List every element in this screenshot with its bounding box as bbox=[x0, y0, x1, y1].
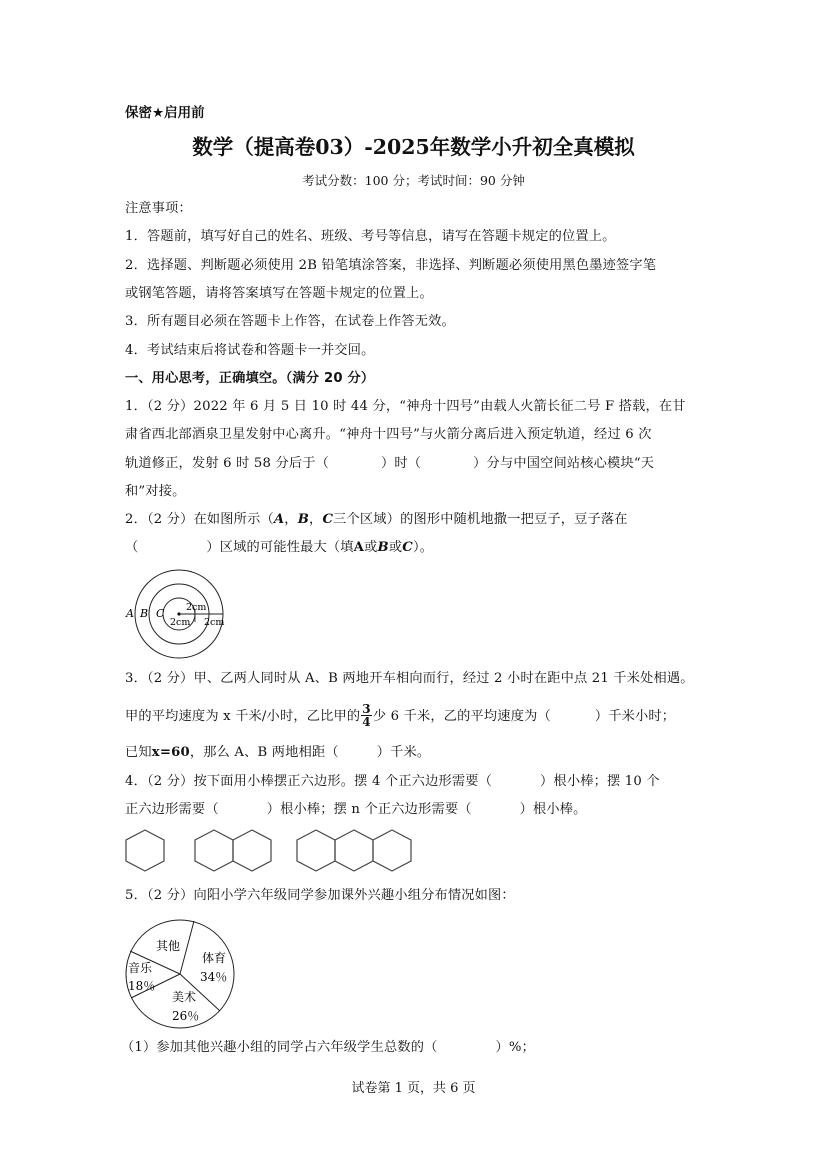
interest-group-pie-chart: 其他 体育 34％ 美术 26％ 音乐 18％ bbox=[122, 918, 238, 1030]
q3-text-b: 少 6 千米，乙的平均速度为（ bbox=[373, 709, 551, 724]
q3-text: ）千米。 bbox=[377, 745, 431, 760]
q3-text-a: 甲的平均速度为 x 千米/小时，乙比甲的 bbox=[125, 709, 360, 724]
q1-line-2: 肃省西北部酒泉卫星发射中心离升。“神舟十四号”与火箭分离后进入预定轨道，经过 6… bbox=[125, 426, 652, 444]
q5-line-1: 5．（2 分）向阳小学六年级同学参加课外兴趣小组分布情况如图： bbox=[125, 887, 515, 905]
pie-label-art: 美术 bbox=[172, 989, 196, 1004]
q2-sep: ， bbox=[284, 512, 297, 527]
notice-item-3: 3．所有题目必须在答题卡上作答，在试卷上作答无效。 bbox=[125, 313, 455, 331]
notice-heading: 注意事项： bbox=[125, 200, 192, 218]
q2-close: ）。 bbox=[413, 540, 433, 555]
hexagon-group-2 bbox=[195, 830, 233, 871]
q1-line-3: 轨道修正，发射 6 时 58 分后于（）时（）分与中国空间站核心模块“天 bbox=[125, 455, 654, 473]
pie-label-music: 音乐 bbox=[128, 960, 153, 975]
q2-text-a: 2．（2 分）在如图所示（ bbox=[125, 512, 274, 527]
q1-line-4: 和”对接。 bbox=[125, 483, 186, 501]
notice-item-4: 4．考试结束后将试卷和答题卡一并交回。 bbox=[125, 342, 375, 360]
q2-or: 或 bbox=[364, 540, 377, 555]
q2-text-b: 三个区域）的图形中随机地撒一把豆子，豆子落在 bbox=[333, 512, 628, 527]
concentric-circles-figure: A B C 2cm 2cm 2cm bbox=[120, 565, 240, 665]
confidential-label: 保密★启用前 bbox=[125, 101, 205, 121]
region-label-b: B bbox=[139, 607, 148, 620]
notice-item-2: 2．选择题、判断题必须使用 2B 铅笔填涂答案，非选择、判断题必须使用黑色墨迹签… bbox=[125, 257, 656, 275]
q2-open-paren: （ bbox=[125, 540, 138, 555]
q2-region-c: C bbox=[322, 512, 333, 527]
pie-value-sports: 34％ bbox=[200, 970, 227, 984]
q4-text: ）根小棒。 bbox=[520, 802, 587, 817]
q4-text: 4．（2 分）按下面用小棒摆正六边形。摆 4 个正六边形需要（ bbox=[125, 774, 492, 789]
q3-line-1: 3．（2 分）甲、乙两人同时从 A、B 两地开车相向而行，经过 2 小时在距中点… bbox=[125, 670, 694, 688]
q4-text: ）根小棒；摆 n 个正六边形需要（ bbox=[267, 802, 472, 817]
pie-value-art: 26％ bbox=[172, 1009, 199, 1023]
pie-value-music: 18％ bbox=[128, 979, 155, 993]
q3-line-2: 甲的平均速度为 x 千米/小时，乙比甲的34少 6 千米，乙的平均速度为（）千米… bbox=[125, 704, 675, 729]
q2-sep: ， bbox=[309, 512, 322, 527]
q3-text: ，那么 A、B 两地相距（ bbox=[190, 745, 339, 760]
q5-sub-1: （1）参加其他兴趣小组的同学占六年级学生总数的（）%； bbox=[121, 1039, 535, 1057]
page-footer: 试卷第 1 页，共 6 页 bbox=[0, 1077, 827, 1096]
notice-item-1: 1．答题前，填写好自己的姓名、班级、考号等信息，请写在答题卡规定的位置上。 bbox=[125, 228, 616, 246]
pie-label-other: 其他 bbox=[156, 938, 180, 953]
notice-item-2-cont: 或钢笔答题，请将答案填写在答题卡规定的位置上。 bbox=[125, 285, 433, 303]
region-label-c: C bbox=[156, 607, 165, 620]
q2-region-b: B bbox=[298, 512, 309, 527]
dim-label-1: 2cm bbox=[186, 602, 206, 613]
exam-title: 数学（提高卷03）-2025年数学小升初全真模拟 bbox=[0, 130, 827, 160]
q3-equation: x=60 bbox=[152, 745, 190, 760]
q4-text: 正六边形需要（ bbox=[125, 802, 219, 817]
region-label-a: A bbox=[125, 607, 134, 620]
q2-or: 或 bbox=[389, 540, 402, 555]
q2-opt-a: A bbox=[354, 540, 364, 555]
fraction-three-quarters: 34 bbox=[361, 703, 372, 728]
q4-line-1: 4．（2 分）按下面用小棒摆正六边形。摆 4 个正六边形需要（）根小棒；摆 10… bbox=[125, 773, 660, 791]
hexagon-group-3 bbox=[297, 830, 335, 871]
q4-line-2: 正六边形需要（）根小棒；摆 n 个正六边形需要（）根小棒。 bbox=[125, 801, 587, 819]
exam-page: 保密★启用前 数学（提高卷03）-2025年数学小升初全真模拟 考试分数：100… bbox=[0, 0, 827, 1169]
q2-line-1: 2．（2 分）在如图所示（A，B，C三个区域）的图形中随机地撒一把豆子，豆子落在 bbox=[125, 511, 628, 529]
fraction-denominator: 4 bbox=[361, 716, 372, 728]
q4-text: ）根小棒；摆 10 个 bbox=[540, 774, 660, 789]
q2-region-a: A bbox=[274, 512, 284, 527]
q5-sub-1-close: ）%； bbox=[496, 1040, 536, 1055]
hexagon-group-1 bbox=[126, 830, 164, 871]
q3-text: 已知 bbox=[125, 745, 152, 760]
dim-label-2: 2cm bbox=[170, 617, 190, 628]
hexagon-figure bbox=[120, 828, 420, 878]
q3-text-c: ）千米小时； bbox=[595, 709, 675, 724]
dim-label-3: 2cm bbox=[204, 617, 224, 628]
q1-line-1: 1．（2 分）2022 年 6 月 5 日 10 时 44 分，“神舟十四号”由… bbox=[125, 398, 686, 416]
q2-opt-c: C bbox=[402, 540, 413, 555]
q5-sub-1-text: （1）参加其他兴趣小组的同学占六年级学生总数的（ bbox=[121, 1040, 438, 1055]
q2-opt-b: B bbox=[377, 540, 388, 555]
q1-text-c: ）分与中国空间站核心模块“天 bbox=[473, 456, 654, 471]
q1-text-a: 轨道修正，发射 6 时 58 分后于（ bbox=[125, 456, 329, 471]
section-1-heading: 一、用心思考，正确填空。（满分 20 分） bbox=[125, 370, 374, 388]
q2-line-2: （）区域的可能性最大（填A或B或C）。 bbox=[125, 539, 433, 557]
pie-label-sports: 体育 bbox=[202, 950, 226, 965]
q2-text: ）区域的可能性最大（填 bbox=[206, 540, 353, 555]
q1-text-b: ）时（ bbox=[381, 456, 421, 471]
q3-line-3: 已知x=60，那么 A、B 两地相距（）千米。 bbox=[125, 744, 430, 762]
exam-subtitle: 考试分数：100 分；考试时间：90 分钟 bbox=[0, 171, 827, 189]
